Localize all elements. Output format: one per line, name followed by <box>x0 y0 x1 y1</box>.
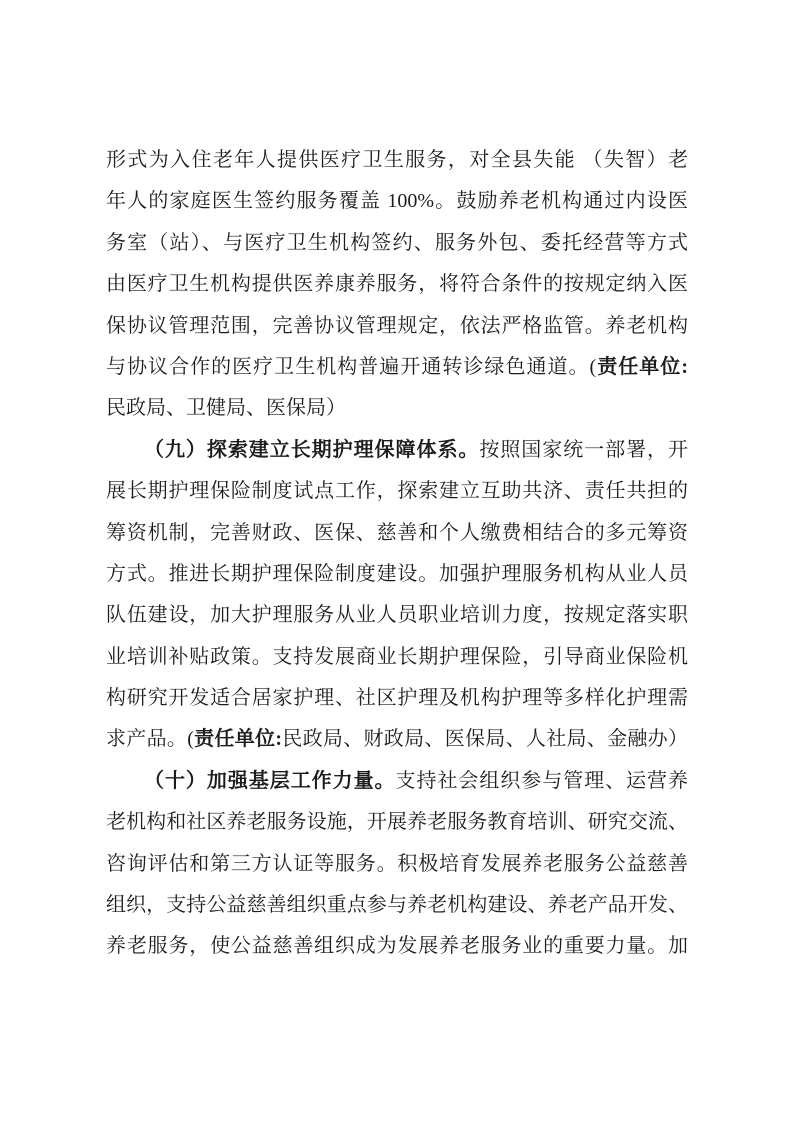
text-segment: 队伍建设，加大护理服务从业人员职业培训力度，按规定落实职 <box>106 604 688 626</box>
text-line: 构研究开发适合居家护理、社区护理及机构护理等多样化护理需 <box>106 678 688 719</box>
text-segment: 民政局、卫健局、医保局） <box>106 397 346 419</box>
text-segment: 与协议合作的医疗卫生机构普遍开通转诊绿色通道。( <box>106 356 596 378</box>
text-segment: 筹资机制，完善财政、医保、慈善和个人缴费相结合的多元筹资 <box>106 522 688 544</box>
text-segment: 咨询评估和第三方认证等服务。积极培育发展养老服务公益慈善 <box>106 853 688 875</box>
text-line: 年人的家庭医生签约服务覆盖 100%。鼓励养老机构通过内设医 <box>106 181 688 222</box>
text-segment: 支持社会组织参与管理、运营养 <box>396 770 688 792</box>
document-page: 形式为入住老年人提供医疗卫生服务，对全县失能 （失智）老年人的家庭医生签约服务覆… <box>0 0 793 1122</box>
text-line: 展长期护理保险制度试点工作，探索建立互助共济、责任共担的 <box>106 471 688 512</box>
bold-text-segment: （十）加强基层工作力量。 <box>144 770 396 792</box>
text-line: （九）探索建立长期护理保障体系。按照国家统一部署，开 <box>106 430 688 471</box>
text-line: 务室（站）、与医疗卫生机构签约、服务外包、委托经营等方式 <box>106 223 688 264</box>
bold-text-segment: 责任单位: <box>596 356 688 378</box>
text-segment: 构研究开发适合居家护理、社区护理及机构护理等多样化护理需 <box>106 687 688 709</box>
text-segment: 展长期护理保险制度试点工作，探索建立互助共济、责任共担的 <box>106 480 688 502</box>
text-block: 形式为入住老年人提供医疗卫生服务，对全县失能 （失智）老年人的家庭医生签约服务覆… <box>106 140 688 968</box>
text-line: （十）加强基层工作力量。支持社会组织参与管理、运营养 <box>106 761 688 802</box>
text-line: 养老服务，使公益慈善组织成为发展养老服务业的重要力量。加 <box>106 926 688 967</box>
text-segment: 保协议管理范围，完善协议管理规定，依法严格监管。养老机构 <box>106 315 688 337</box>
text-segment: 形式为入住老年人提供医疗卫生服务，对全县失能 （失智）老 <box>106 149 688 171</box>
text-segment: 养老服务，使公益慈善组织成为发展养老服务业的重要力量。加 <box>106 935 688 957</box>
bold-text-segment: 责任单位: <box>194 728 282 750</box>
text-segment: 求产品。( <box>106 728 194 750</box>
text-segment: 按照国家统一部署，开 <box>479 439 688 461</box>
text-segment: 老机构和社区养老服务设施，开展养老服务教育培训、研究交流、 <box>106 811 688 833</box>
text-line: 由医疗卫生机构提供医养康养服务，将符合条件的按规定纳入医 <box>106 264 688 305</box>
text-segment: 业培训补贴政策。支持发展商业长期护理保险，引导商业保险机 <box>106 646 688 668</box>
text-line: 求产品。(责任单位:民政局、财政局、医保局、人社局、金融办） <box>106 719 688 760</box>
text-line: 民政局、卫健局、医保局） <box>106 388 688 429</box>
text-line: 业培训补贴政策。支持发展商业长期护理保险，引导商业保险机 <box>106 637 688 678</box>
text-segment: 务室（站）、与医疗卫生机构签约、服务外包、委托经营等方式 <box>106 232 688 254</box>
text-segment: 组织，支持公益慈善组织重点参与养老机构建设、养老产品开发、 <box>106 894 688 916</box>
text-segment: 方式。推进长期护理保险制度建设。加强护理服务机构从业人员 <box>106 563 688 585</box>
text-segment: 民政局、财政局、医保局、人社局、金融办） <box>282 728 688 750</box>
text-line: 形式为入住老年人提供医疗卫生服务，对全县失能 （失智）老 <box>106 140 688 181</box>
text-line: 咨询评估和第三方认证等服务。积极培育发展养老服务公益慈善 <box>106 844 688 885</box>
text-line: 方式。推进长期护理保险制度建设。加强护理服务机构从业人员 <box>106 554 688 595</box>
text-line: 筹资机制，完善财政、医保、慈善和个人缴费相结合的多元筹资 <box>106 513 688 554</box>
text-line: 与协议合作的医疗卫生机构普遍开通转诊绿色通道。(责任单位: <box>106 347 688 388</box>
text-segment: 由医疗卫生机构提供医养康养服务，将符合条件的按规定纳入医 <box>106 273 688 295</box>
text-line: 老机构和社区养老服务设施，开展养老服务教育培训、研究交流、 <box>106 802 688 843</box>
bold-text-segment: （九）探索建立长期护理保障体系。 <box>144 439 479 461</box>
text-line: 保协议管理范围，完善协议管理规定，依法严格监管。养老机构 <box>106 306 688 347</box>
text-line: 队伍建设，加大护理服务从业人员职业培训力度，按规定落实职 <box>106 595 688 636</box>
text-line: 组织，支持公益慈善组织重点参与养老机构建设、养老产品开发、 <box>106 885 688 926</box>
text-segment: 年人的家庭医生签约服务覆盖 100%。鼓励养老机构通过内设医 <box>106 190 688 212</box>
